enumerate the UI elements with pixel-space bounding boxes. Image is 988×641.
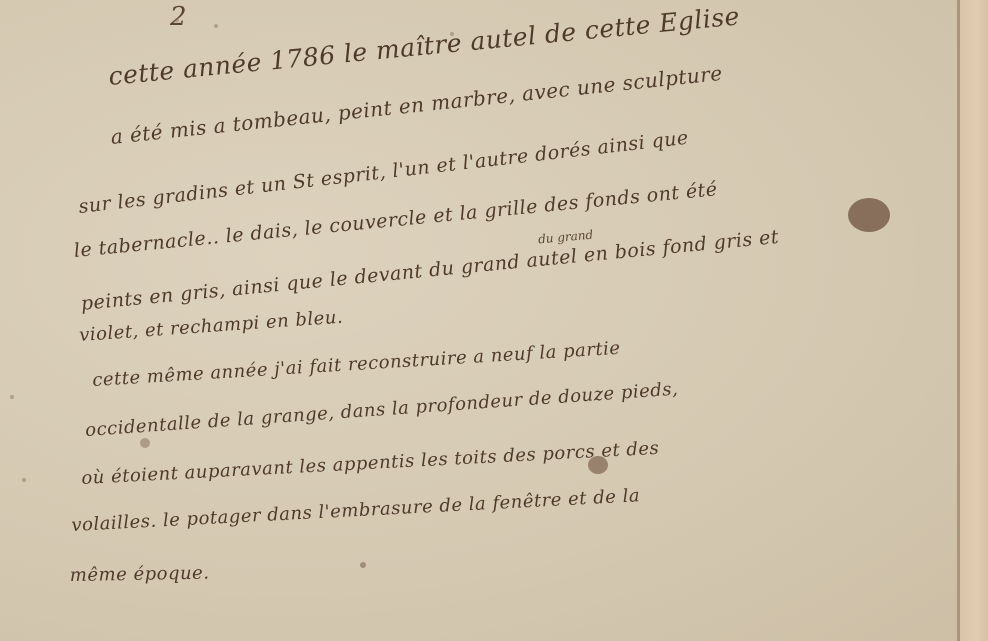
ink-blot bbox=[848, 198, 890, 232]
ink-blot bbox=[588, 456, 608, 474]
paper-speck bbox=[450, 32, 454, 36]
paper-speck bbox=[175, 18, 179, 22]
manuscript-line-8: occidentalle de la grange, dans la profo… bbox=[85, 379, 679, 441]
ink-spot bbox=[360, 562, 366, 568]
paper-speck bbox=[10, 395, 14, 399]
corner-page-mark: 2 bbox=[170, 2, 187, 32]
paper-speck bbox=[214, 24, 218, 28]
manuscript-line-6: violet, et rechampi en bleu. bbox=[79, 307, 344, 346]
manuscript-line-11: même époque. bbox=[70, 563, 210, 586]
manuscript-line-10: volailles. le potager dans l'embrasure d… bbox=[71, 485, 641, 536]
manuscript-line-9: où étoient auparavant les appentis les t… bbox=[81, 438, 660, 489]
manuscript-line-7: cette même année j'ai fait reconstruire … bbox=[92, 338, 621, 391]
paper-speck bbox=[22, 478, 26, 482]
ink-spot bbox=[140, 438, 150, 448]
manuscript-page: 2 cette année 1786 le maître autel de ce… bbox=[0, 0, 960, 641]
binding-strip bbox=[960, 0, 988, 641]
